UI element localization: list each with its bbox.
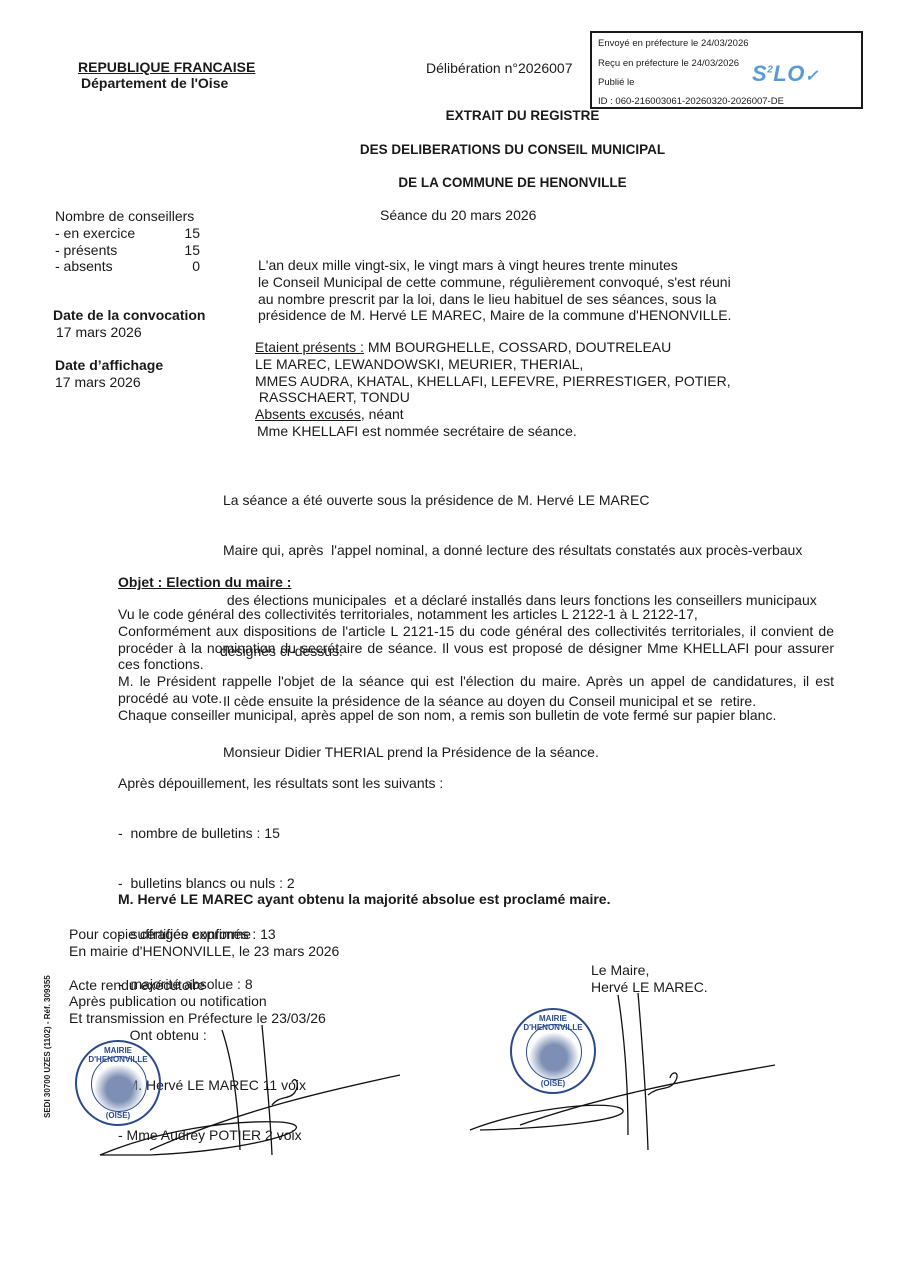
signature-right-icon xyxy=(470,993,775,1150)
signature-left-icon xyxy=(100,1025,400,1155)
signatures xyxy=(0,0,900,1274)
side-reference: SEDI 30700 UZES (1102) - Réf. 309355 xyxy=(43,975,52,1118)
